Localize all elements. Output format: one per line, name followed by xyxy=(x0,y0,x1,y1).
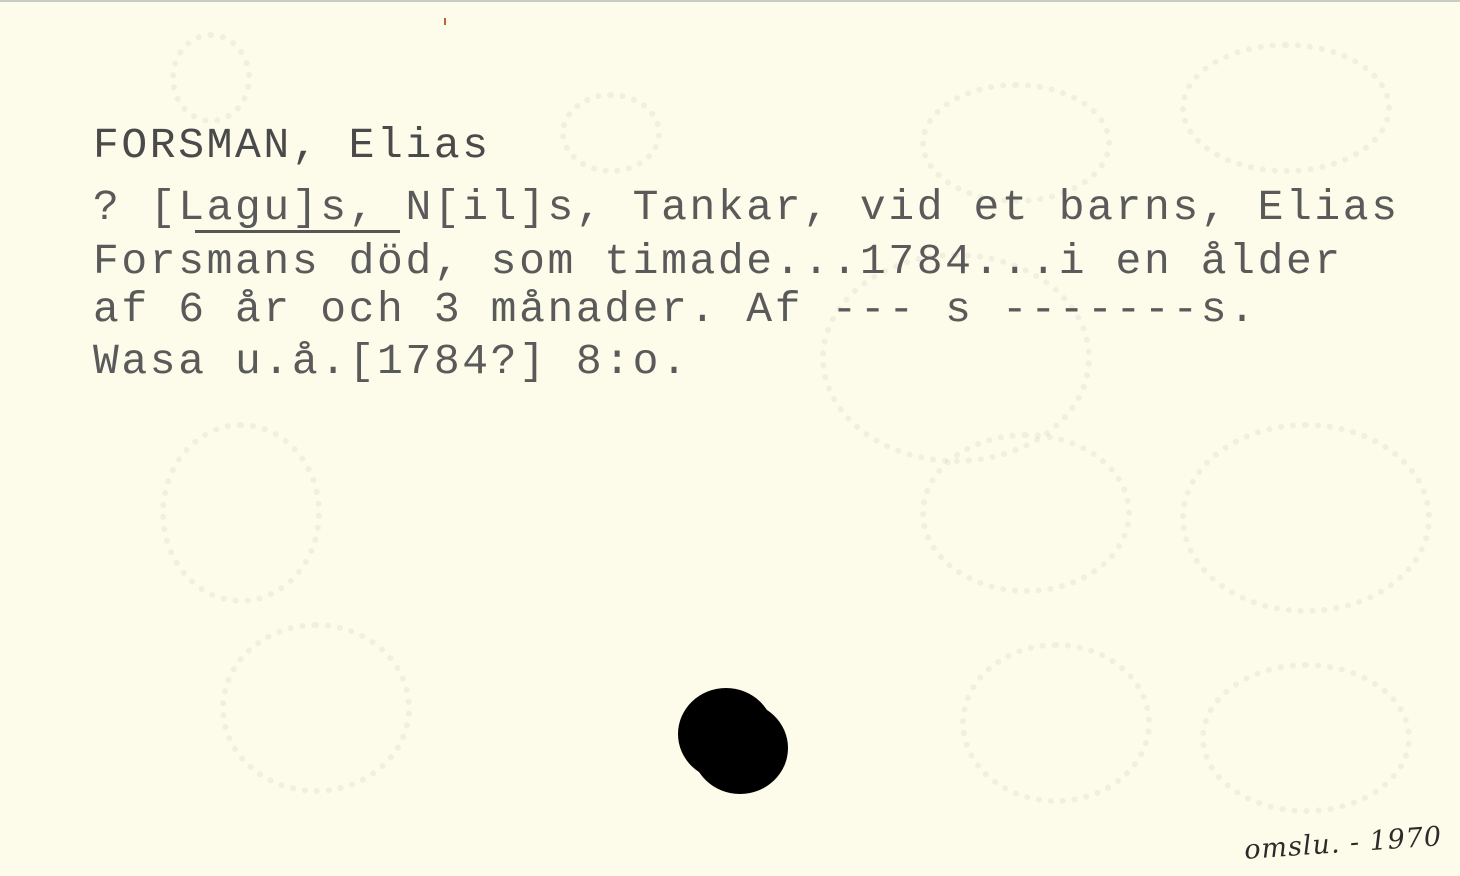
card-line-4: Wasa u.å.[1784?] 8:o. xyxy=(93,340,690,383)
red-tick-mark xyxy=(444,18,446,25)
watermark-ornament xyxy=(1180,42,1392,174)
watermark-ornament xyxy=(160,422,322,604)
watermark-ornament xyxy=(170,32,252,124)
watermark-ornament xyxy=(220,622,412,794)
card-line-2: Forsmans död, som timade...1784...i en å… xyxy=(93,240,1343,283)
watermark-ornament xyxy=(1200,662,1412,814)
card-heading: FORSMAN, Elias xyxy=(93,124,491,167)
punched-hole xyxy=(678,688,788,794)
watermark-ornament xyxy=(560,92,662,174)
watermark-ornament xyxy=(960,642,1152,804)
catalog-card: FORSMAN, Elias ? [Lagu]s, N[il]s, Tankar… xyxy=(0,0,1460,876)
watermark-ornament xyxy=(1180,422,1432,614)
handwritten-note: omslu. - 1970 xyxy=(1243,821,1443,866)
handwritten-underline xyxy=(195,230,400,233)
card-line-1: ? [Lagu]s, N[il]s, Tankar, vid et barns,… xyxy=(93,186,1400,229)
card-line-3: af 6 år och 3 månader. Af --- s -------s… xyxy=(93,288,1258,331)
punched-hole-circle xyxy=(692,702,788,794)
